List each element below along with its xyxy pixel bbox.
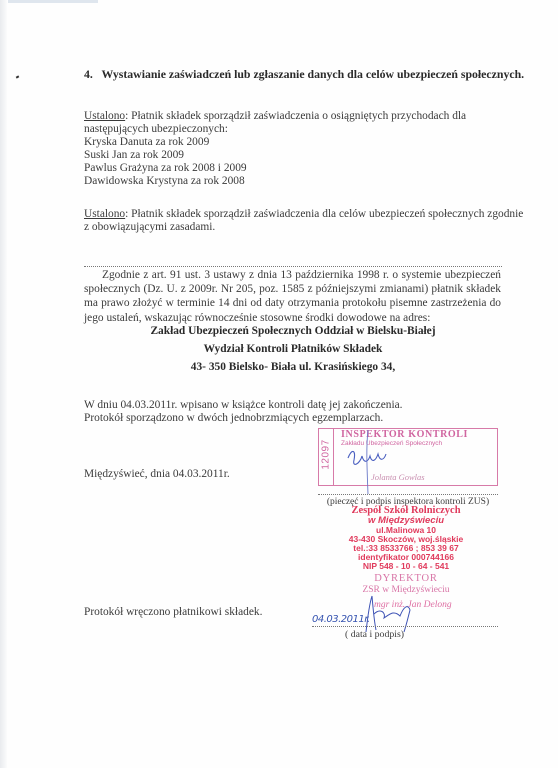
handwritten-date: 04.03.2011r.: [312, 614, 370, 625]
closing-line: Protokół sporządzono w dwóch jednobrzmią…: [84, 412, 383, 425]
finding-text: : Płatnik składek sporządził zaświadczen…: [125, 208, 523, 220]
scan-edge: [0, 0, 8, 768]
insured-item: Suski Jan za rok 2009: [84, 149, 184, 162]
dotted-separator: [84, 266, 502, 267]
scan-mark: [16, 75, 20, 78]
legal-paragraph: Zgodnie z art. 91 ust. 3 ustawy z dnia 1…: [84, 268, 501, 325]
finding-2-line1: Ustalono: Płatnik składek sporządził zaś…: [84, 208, 523, 221]
closing-line: W dniu 04.03.2011r. wpisano w książce ko…: [84, 399, 403, 412]
inspector-signature: [340, 428, 410, 498]
signature-line: [312, 626, 498, 627]
insured-item: Pawlus Grażyna za rok 2008 i 2009: [84, 162, 247, 175]
insured-item: Dawidowska Krystyna za rok 2008: [84, 175, 245, 188]
address-line: 43- 350 Bielsko- Biała ul. Krasińskiego …: [84, 361, 502, 374]
payer-text: Protokół wręczono płatnikowi składek.: [84, 606, 262, 619]
finding-2-line2: z obowiązującymi zasadami.: [84, 221, 215, 234]
place-date: Międzyświeć, dnia 04.03.2011r.: [84, 468, 230, 481]
section-number: 4.: [84, 67, 93, 81]
address-line: Wydział Kontroli Płatników Składek: [84, 343, 502, 356]
payer-caption: ( data i podpis): [345, 628, 404, 641]
finding-label: Ustalono: [84, 208, 125, 220]
director-title: DYREKTOR: [316, 573, 496, 585]
document-page: 4. Wystawianie zaświadczeń lub zgłaszani…: [0, 0, 558, 768]
address-line: Zakład Ubezpieczeń Społecznych Oddział w…: [84, 325, 502, 338]
school-nip: NIP 548 - 10 - 64 - 541: [316, 562, 496, 571]
finding-1-line2: następujących ubezpieczonych:: [84, 123, 228, 136]
finding-text: : Płatnik składek sporządził zaświadczen…: [125, 110, 466, 122]
insured-item: Kryska Danuta za rok 2009: [84, 136, 209, 149]
finding-label: Ustalono: [84, 110, 125, 122]
stamp-number-box: 12097: [319, 429, 334, 485]
section-title: Wystawianie zaświadczeń lub zgłaszanie d…: [102, 67, 525, 81]
finding-1-line1: Ustalono: Płatnik składek sporządził zaś…: [84, 110, 466, 123]
scan-edge-top: [8, 0, 98, 3]
school-stamp: Zespół Szkół Rolniczych w Międzyświeciu …: [316, 505, 496, 571]
director-stamp: DYREKTOR ZSR w Międzyświeciu mgr inż. Ja…: [316, 573, 496, 596]
signature-line: [318, 494, 498, 495]
stamp-number: 12097: [321, 430, 332, 480]
section-heading: 4. Wystawianie zaświadczeń lub zgłaszani…: [84, 68, 524, 81]
